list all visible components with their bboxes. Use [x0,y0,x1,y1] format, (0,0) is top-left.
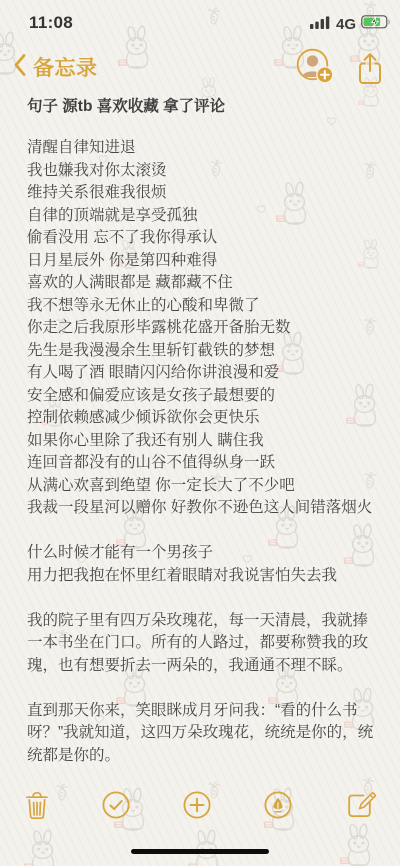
markup-pen-icon [263,790,293,823]
note-line: 先生是我漫漫余生里斩钉截铁的梦想 [27,340,377,363]
compose-icon [344,789,376,824]
home-indicator[interactable] [131,849,269,854]
compose-button[interactable] [344,789,376,824]
delete-note-button[interactable] [24,790,50,823]
note-line: 用力把我抱在怀里红着眼睛对我说害怕失去我 [27,565,377,588]
trash-icon [24,790,50,823]
add-people-icon [296,71,334,88]
note-line: 日月星辰外 你是第四种难得 [27,250,377,273]
note-line: 如果你心里除了我还有别人 瞒住我 [27,430,377,453]
note-line: 我裁一段星河以赠你 好教你不逊色这人间错落烟火 [27,497,377,520]
note-line: 什么时候才能有一个男孩子 [27,542,377,565]
note-line: 我不想等永无休止的心酸和卑微了 [27,295,377,318]
share-icon [356,73,384,90]
note-line: 控制依赖感减少倾诉欲你会更快乐 [27,407,377,430]
battery-charging-icon [361,15,391,34]
nav-bar: 备忘录 [0,44,400,92]
note-line: 维持关系很难我很烦 [27,182,377,205]
note-line [27,587,377,610]
note-line: 你走之后我原形毕露桃花盛开备胎无数 [27,317,377,340]
note-line: 我也嫌我对你太滚烫 [27,160,377,183]
status-time: 11:08 [29,13,73,33]
checklist-button[interactable] [101,790,131,823]
notes-app-screen: 11:08 4G [0,0,400,866]
back-to-notes-button[interactable]: 备忘录 [13,52,98,82]
share-button[interactable] [356,52,384,86]
note-line: 安全感和偏爱应该是女孩子最想要的 [27,385,377,408]
note-line: 有人喝了酒 眼睛闪闪给你讲浪漫和爱 [27,362,377,385]
status-bar: 11:08 4G [0,0,400,44]
note-line: 清醒自律知进退 [27,137,377,160]
bottom-toolbar [0,784,400,828]
note-line: 自律的顶端就是享受孤独 [27,205,377,228]
note-line: 连回音都没有的山谷不值得纵身一跃 [27,452,377,475]
note-line: 直到那天你来，笑眼眯成月牙问我：“看的什么书呀？”我就知道，这四万朵玫瑰花，统统… [27,700,377,768]
note-line: 从满心欢喜到绝望 你一定长大了不少吧 [27,475,377,498]
note-line [27,520,377,543]
note-body: 清醒自律知进退我也嫌我对你太滚烫维持关系很难我很烦自律的顶端就是享受孤独偷看没用… [27,137,377,767]
back-button-label: 备忘录 [33,52,98,82]
markup-button[interactable] [263,790,293,823]
note-content[interactable]: 句子 源tb 喜欢收藏 拿了评论 清醒自律知进退我也嫌我对你太滚烫维持关系很难我… [0,92,400,780]
add-people-button[interactable] [296,48,334,84]
check-circle-icon [101,790,131,823]
add-attachment-button[interactable] [182,790,212,823]
note-line: 我的院子里有四万朵玫瑰花，每一天清晨，我就捧一本书坐在门口。所有的人路过，都要称… [27,610,377,678]
network-type-label: 4G [336,16,356,33]
note-line: 喜欢的人满眼都是 藏都藏不住 [27,272,377,295]
note-line [27,677,377,700]
note-line: 偷看没用 忘不了我你得承认 [27,227,377,250]
back-chevron-icon [13,53,26,82]
signal-bars-icon [310,16,331,34]
note-title: 句子 源tb 喜欢收藏 拿了评论 [27,96,377,118]
add-circle-icon [182,790,212,823]
